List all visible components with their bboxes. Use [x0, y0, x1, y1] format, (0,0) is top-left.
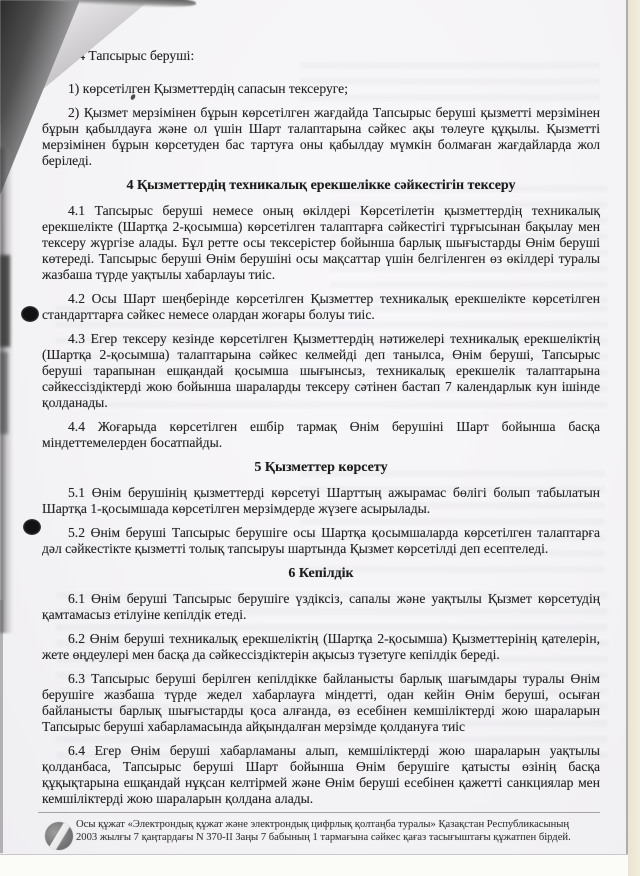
- scanned-document-page: 3.4 Тапсырыс беруші:1) көрсетілген Қызме…: [0, 0, 640, 876]
- paragraph: 4.1 Тапсырыс беруші немесе оның өкілдері…: [42, 203, 600, 283]
- paragraph: 6.3 Тапсырыс беруші берілген кепілдікке …: [42, 671, 600, 735]
- section-heading: 6 Кепілдік: [42, 565, 600, 582]
- section-heading: 5 Қызметтер көрсету: [42, 459, 600, 476]
- document-body: 3.4 Тапсырыс беруші:1) көрсетілген Қызме…: [42, 48, 600, 815]
- scanner-background-bottom-strip: [0, 854, 628, 876]
- paragraph: 4.3 Егер тексеру кезінде көрсетілген Қыз…: [42, 331, 600, 411]
- paragraph: 4.2 Осы Шарт шеңберінде көрсетілген Қызм…: [42, 291, 600, 323]
- hole-punch-dot: [21, 306, 39, 322]
- paragraph: 2) Қызмет мерзімінен бұрын көрсетілген ж…: [42, 105, 600, 169]
- scan-shadow-left-patch: [0, 255, 10, 347]
- paper-left-edge-line: [0, 600, 3, 853]
- paragraph: 4.4 Жоғарыда көрсетілген ешбір тармақ Өн…: [42, 419, 600, 451]
- paragraph: 6.2 Өнім беруші техникалық ерекшеліктің …: [42, 631, 600, 663]
- paragraph: 6.1 Өнім беруші Тапсырыс берушіге үздікс…: [42, 591, 600, 623]
- paragraph: 5.1 Өнім берушінің қызметтерді көрсетуі …: [42, 485, 600, 517]
- scan-shadow-left-patch: [0, 352, 8, 434]
- section-heading: 4 Қызметтердің техникалық ерекшелікке сә…: [42, 177, 600, 194]
- stamp-icon: [42, 819, 75, 852]
- esignature-footer-note: Осы құжат «Электрондық құжат және электр…: [76, 818, 578, 844]
- scanner-background-right-strip: [626, 0, 640, 876]
- paper: 3.4 Тапсырыс беруші:1) көрсетілген Қызме…: [0, 0, 640, 876]
- hole-punch-dot: [23, 519, 41, 535]
- paragraph: 3.4 Тапсырыс беруші:: [42, 48, 600, 64]
- paragraph: 5.2 Өнім беруші Тапсырыс берушіге осы Ша…: [42, 525, 600, 557]
- paragraph: 1) көрсетілген Қызметтердің сапасын текс…: [42, 81, 600, 97]
- paragraph: 6.4 Егер Өнім беруші хабарламаны алып, к…: [42, 743, 600, 807]
- footer-divider-line: [38, 812, 600, 813]
